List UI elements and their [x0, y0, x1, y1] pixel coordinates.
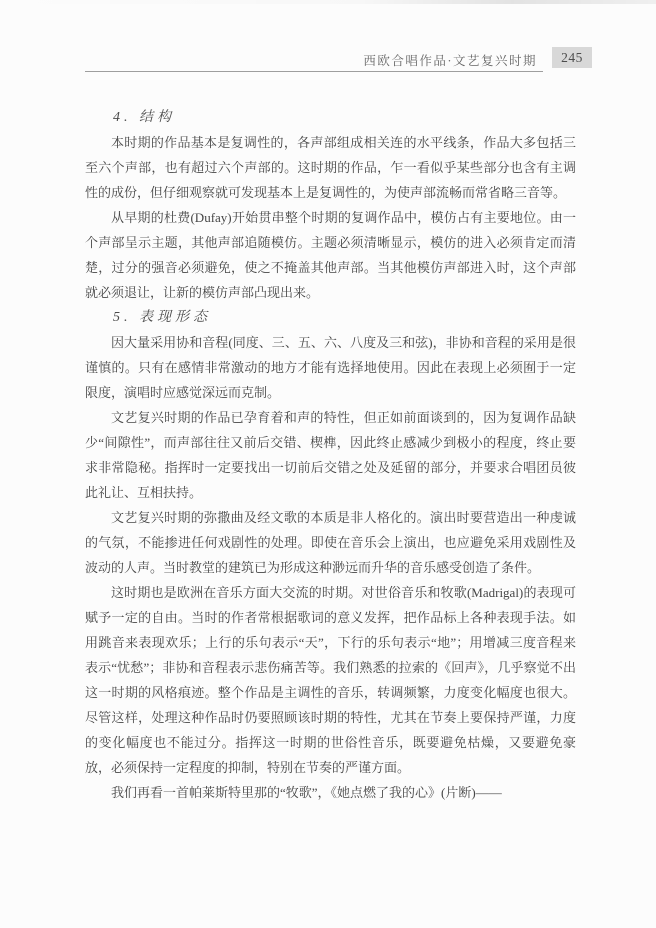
- page-number-badge: 245: [552, 47, 592, 68]
- paragraph: 本时期的作品基本是复调性的，各声部组成相关连的水平线条，作品大多包括三至六个声部…: [85, 130, 576, 205]
- paragraph: 这时期也是欧洲在音乐方面大交流的时期。对世俗音乐和牧歌(Madrigal)的表现…: [85, 580, 576, 780]
- paragraph: 文艺复兴时期的作品已孕育着和声的特性，但正如前面谈到的，因为复调作品缺少“间隙性…: [85, 405, 576, 505]
- section-heading-structure: 4. 结构: [85, 105, 576, 130]
- page-number: 245: [561, 50, 583, 66]
- paragraph: 因大量采用协和音程(同度、三、五、六、八度及三和弦)，非协和音程的采用是很谨慎的…: [85, 330, 576, 405]
- section-heading-expression: 5. 表现形态: [85, 305, 576, 330]
- running-header-title: 西欧合唱作品·文艺复兴时期: [363, 51, 537, 69]
- paragraph: 我们再看一首帕莱斯特里那的“牧歌”，《她点燃了我的心》(片断)——: [85, 780, 576, 805]
- header-divider: [85, 71, 543, 72]
- scan-edge-shadow: [0, 0, 656, 4]
- paragraph: 文艺复兴时期的弥撒曲及经文歌的本质是非人格化的。演出时要营造出一种虔诚的气氛，不…: [85, 505, 576, 580]
- page-body: 4. 结构 本时期的作品基本是复调性的，各声部组成相关连的水平线条，作品大多包括…: [85, 105, 576, 805]
- paragraph: 从早期的杜费(Dufay)开始贯串整个时期的复调作品中，模仿占有主要地位。由一个…: [85, 205, 576, 305]
- book-page-scan: 西欧合唱作品·文艺复兴时期 245 4. 结构 本时期的作品基本是复调性的，各声…: [0, 0, 656, 928]
